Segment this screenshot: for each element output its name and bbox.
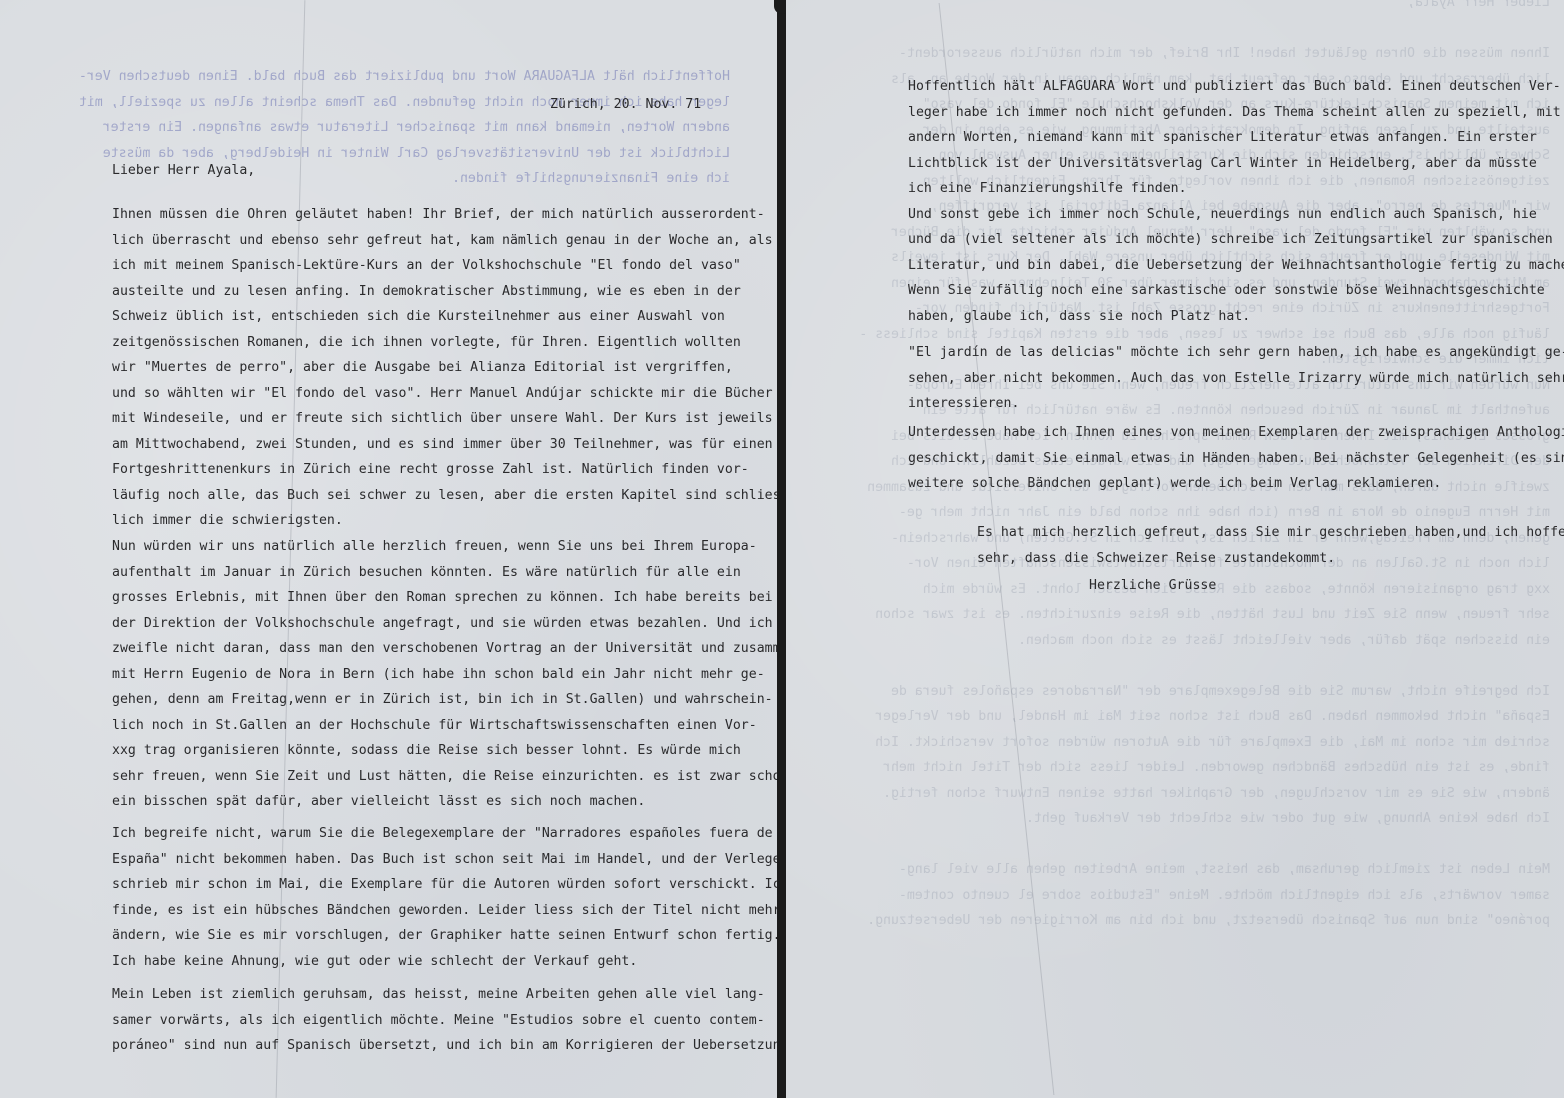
letter-paragraph: "El jardín de las delicias" möchte ich s… xyxy=(908,340,1564,417)
document-spread: Hoffentlich hält ALFAGUARA Wort und publ… xyxy=(0,0,1564,1098)
letter-salutation: Lieber Herr Ayala, xyxy=(112,158,255,184)
letter-paragraph: Nun würden wir uns natürlich alle herzli… xyxy=(112,534,797,815)
letter-paragraph: Mein Leben ist ziemlich geruhsam, das he… xyxy=(112,982,797,1059)
letter-paragraph: Ihnen müssen die Ohren geläutet haben! I… xyxy=(112,202,804,534)
letter-closing: Es hat mich herzlich gefreut, dass Sie m… xyxy=(977,520,1564,571)
letter-dateline: Zürich, 20. Nov. 71 xyxy=(550,92,701,118)
letter-paragraph: Hoffentlich hält ALFAGUARA Wort und publ… xyxy=(908,74,1564,329)
left-page: Hoffentlich hält ALFAGUARA Wort und publ… xyxy=(0,0,777,1098)
letter-regards: Herzliche Grüsse xyxy=(1089,573,1216,599)
letter-paragraph: Unterdessen habe ich Ihnen eines von mei… xyxy=(908,420,1564,497)
letter-paragraph: Ich begreife nicht, warum Sie die Belege… xyxy=(112,821,789,974)
